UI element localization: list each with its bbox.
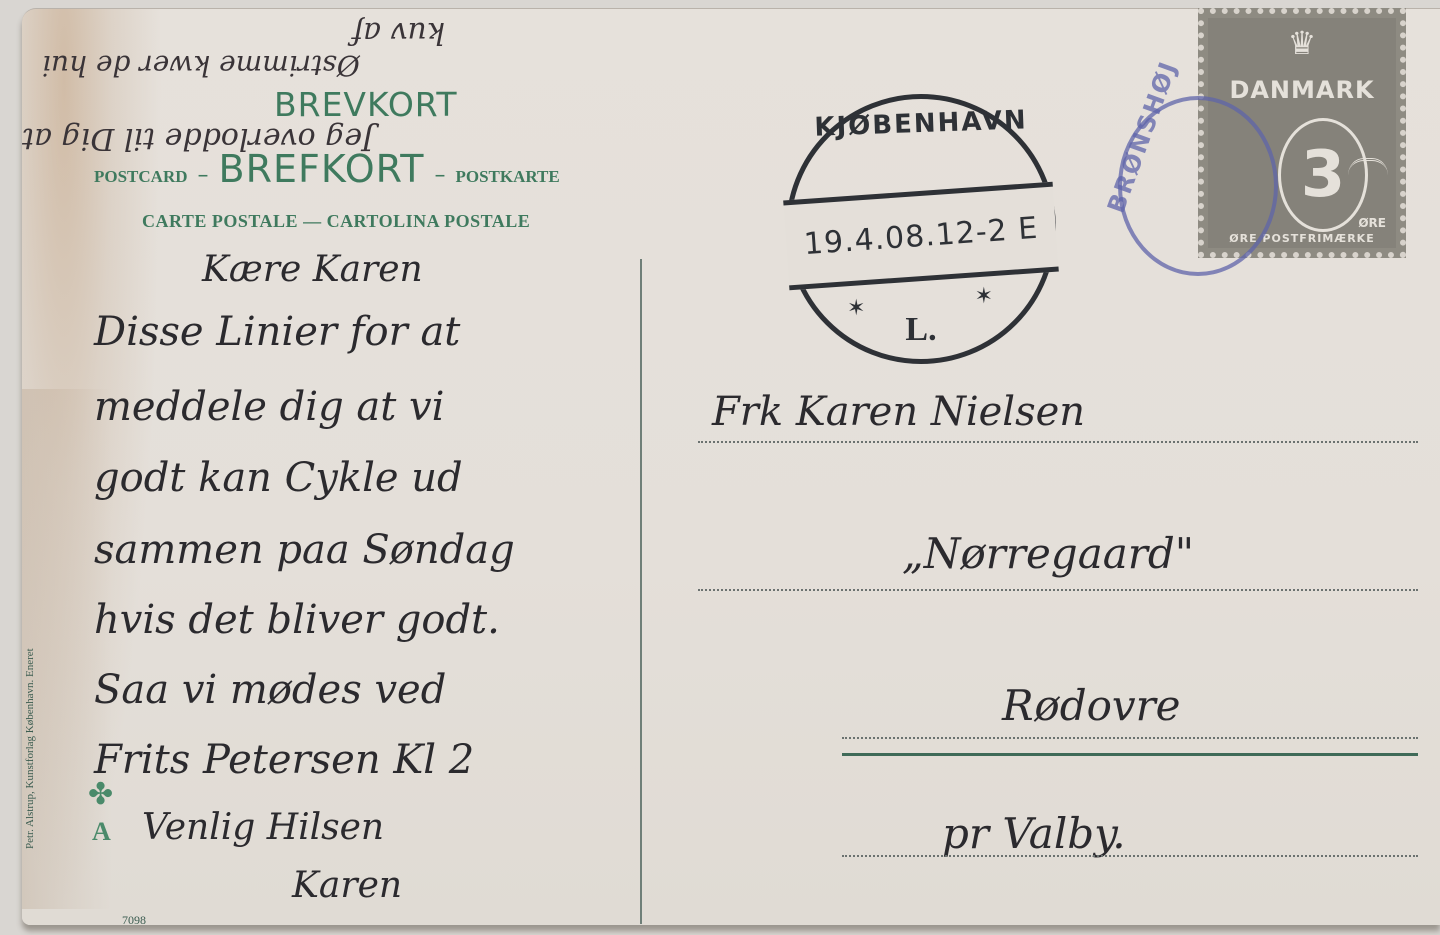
message-salutation: Kære Karen	[202, 249, 423, 290]
printed-title-row: POSTCARD – BREFKORT – POSTKARTE	[94, 147, 560, 191]
stamp-country: DANMARK	[1208, 76, 1396, 104]
message-line: hvis det bliver godt.	[94, 597, 500, 643]
address-line-post: pr Valby.	[942, 809, 1126, 858]
message-line: Disse Linier for at	[94, 309, 460, 355]
address-rule	[842, 737, 1418, 739]
address-rule-solid	[842, 753, 1418, 756]
message-line: godt kan Cykle ud	[94, 455, 463, 501]
address-rule	[698, 589, 1418, 591]
address-line-name: Frk Karen Nielsen	[712, 389, 1085, 435]
message-closing: Venlig Hilsen	[142, 807, 384, 848]
kjøbenhavn-postmark: KJØBENHAVN 19.4.08.12-2 E ✶ ✶ L.	[786, 94, 1056, 364]
stamp-currency: ØRE	[1358, 216, 1386, 230]
brønshøj-postmark: BRØNSHØJ	[1118, 96, 1278, 276]
printed-postkarte: POSTKARTE	[455, 167, 559, 187]
address-line-farm: „Nørregaard"	[902, 529, 1194, 578]
stamp-value: 3	[1301, 138, 1346, 212]
message-line: sammen paa Søndag	[94, 527, 515, 573]
publisher-imprint: Petr. Alstrup, Kunstforlag København. En…	[24, 648, 36, 849]
postmark-date-band: 19.4.08.12-2 E	[783, 182, 1059, 291]
printed-dash: –	[434, 163, 445, 188]
address-rule	[842, 855, 1418, 857]
waves-icon	[1348, 158, 1388, 201]
printed-brefkort: BREFKORT	[219, 147, 425, 191]
printed-dash: –	[198, 163, 209, 188]
upside-down-note-line: kuv af	[352, 15, 445, 50]
postmark-date: 19.4.08.12-2 E	[803, 210, 1039, 261]
message-line: Saa vi mødes ved	[94, 667, 446, 713]
center-divider	[640, 259, 642, 924]
printed-carte-postale: CARTE POSTALE — CARTOLINA POSTALE	[142, 211, 530, 232]
publisher-monogram: A	[92, 817, 111, 847]
address-rule	[698, 441, 1418, 443]
message-line: meddele dig at vi	[94, 384, 444, 430]
upside-down-note-line: Østrimme kwer de hui	[42, 49, 360, 82]
printed-title-brevkort: BREVKORT	[274, 85, 458, 124]
address-line-town: Rødovre	[1002, 681, 1181, 730]
clover-icon: ✤	[88, 777, 113, 812]
printed-postcard: POSTCARD	[94, 167, 188, 187]
crown-icon: ♛	[1208, 24, 1396, 62]
card-number: 7098	[122, 913, 146, 925]
message-line: Frits Petersen Kl 2	[94, 737, 474, 783]
message-signature: Karen	[292, 865, 402, 906]
postmark-office: L.	[791, 311, 1051, 349]
star-icon: ✶	[975, 283, 993, 309]
